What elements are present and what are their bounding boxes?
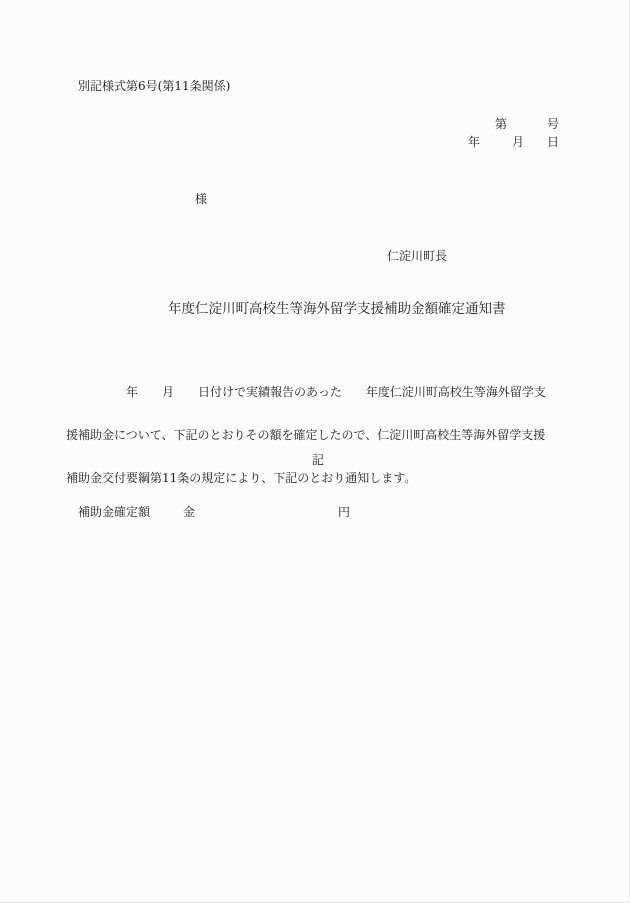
body-line-2: 援補助金について、下記のとおりその額を確定したので、仁淀川町高校生等海外留学支援 (66, 426, 566, 445)
body-line-3: 補助金交付要綱第11条の規定により、下記のとおり通知します。 (66, 469, 566, 488)
doc-number-suffix: 号 (547, 118, 559, 130)
amount-currency-prefix: 金 (183, 506, 195, 518)
document-page: 別記様式第6号(第11条関係) 第 号 年 月 日 様 仁淀川町長 年度仁淀川町… (0, 0, 630, 903)
amount-confirmed-label: 補助金確定額 (78, 506, 150, 518)
form-reference-label: 別記様式第6号(第11条関係) (78, 80, 230, 92)
addressee-honorific: 様 (195, 193, 207, 205)
doc-number-prefix: 第 (495, 118, 507, 130)
issue-date-day-label: 日 (547, 136, 559, 148)
document-title: 年度仁淀川町高校生等海外留学支援補助金額確定通知書 (168, 303, 506, 317)
record-heading: 記 (312, 454, 324, 466)
body-line-1: 年 月 日付けで実績報告のあった 年度仁淀川町高校生等海外留学支 (66, 383, 566, 402)
sender-title: 仁淀川町長 (387, 250, 447, 262)
issue-date-year-label: 年 (468, 136, 480, 148)
issue-date-month-label: 月 (512, 136, 524, 148)
amount-currency-suffix: 円 (338, 506, 350, 518)
body-paragraph: 年 月 日付けで実績報告のあった 年度仁淀川町高校生等海外留学支 援補助金につい… (66, 359, 566, 512)
